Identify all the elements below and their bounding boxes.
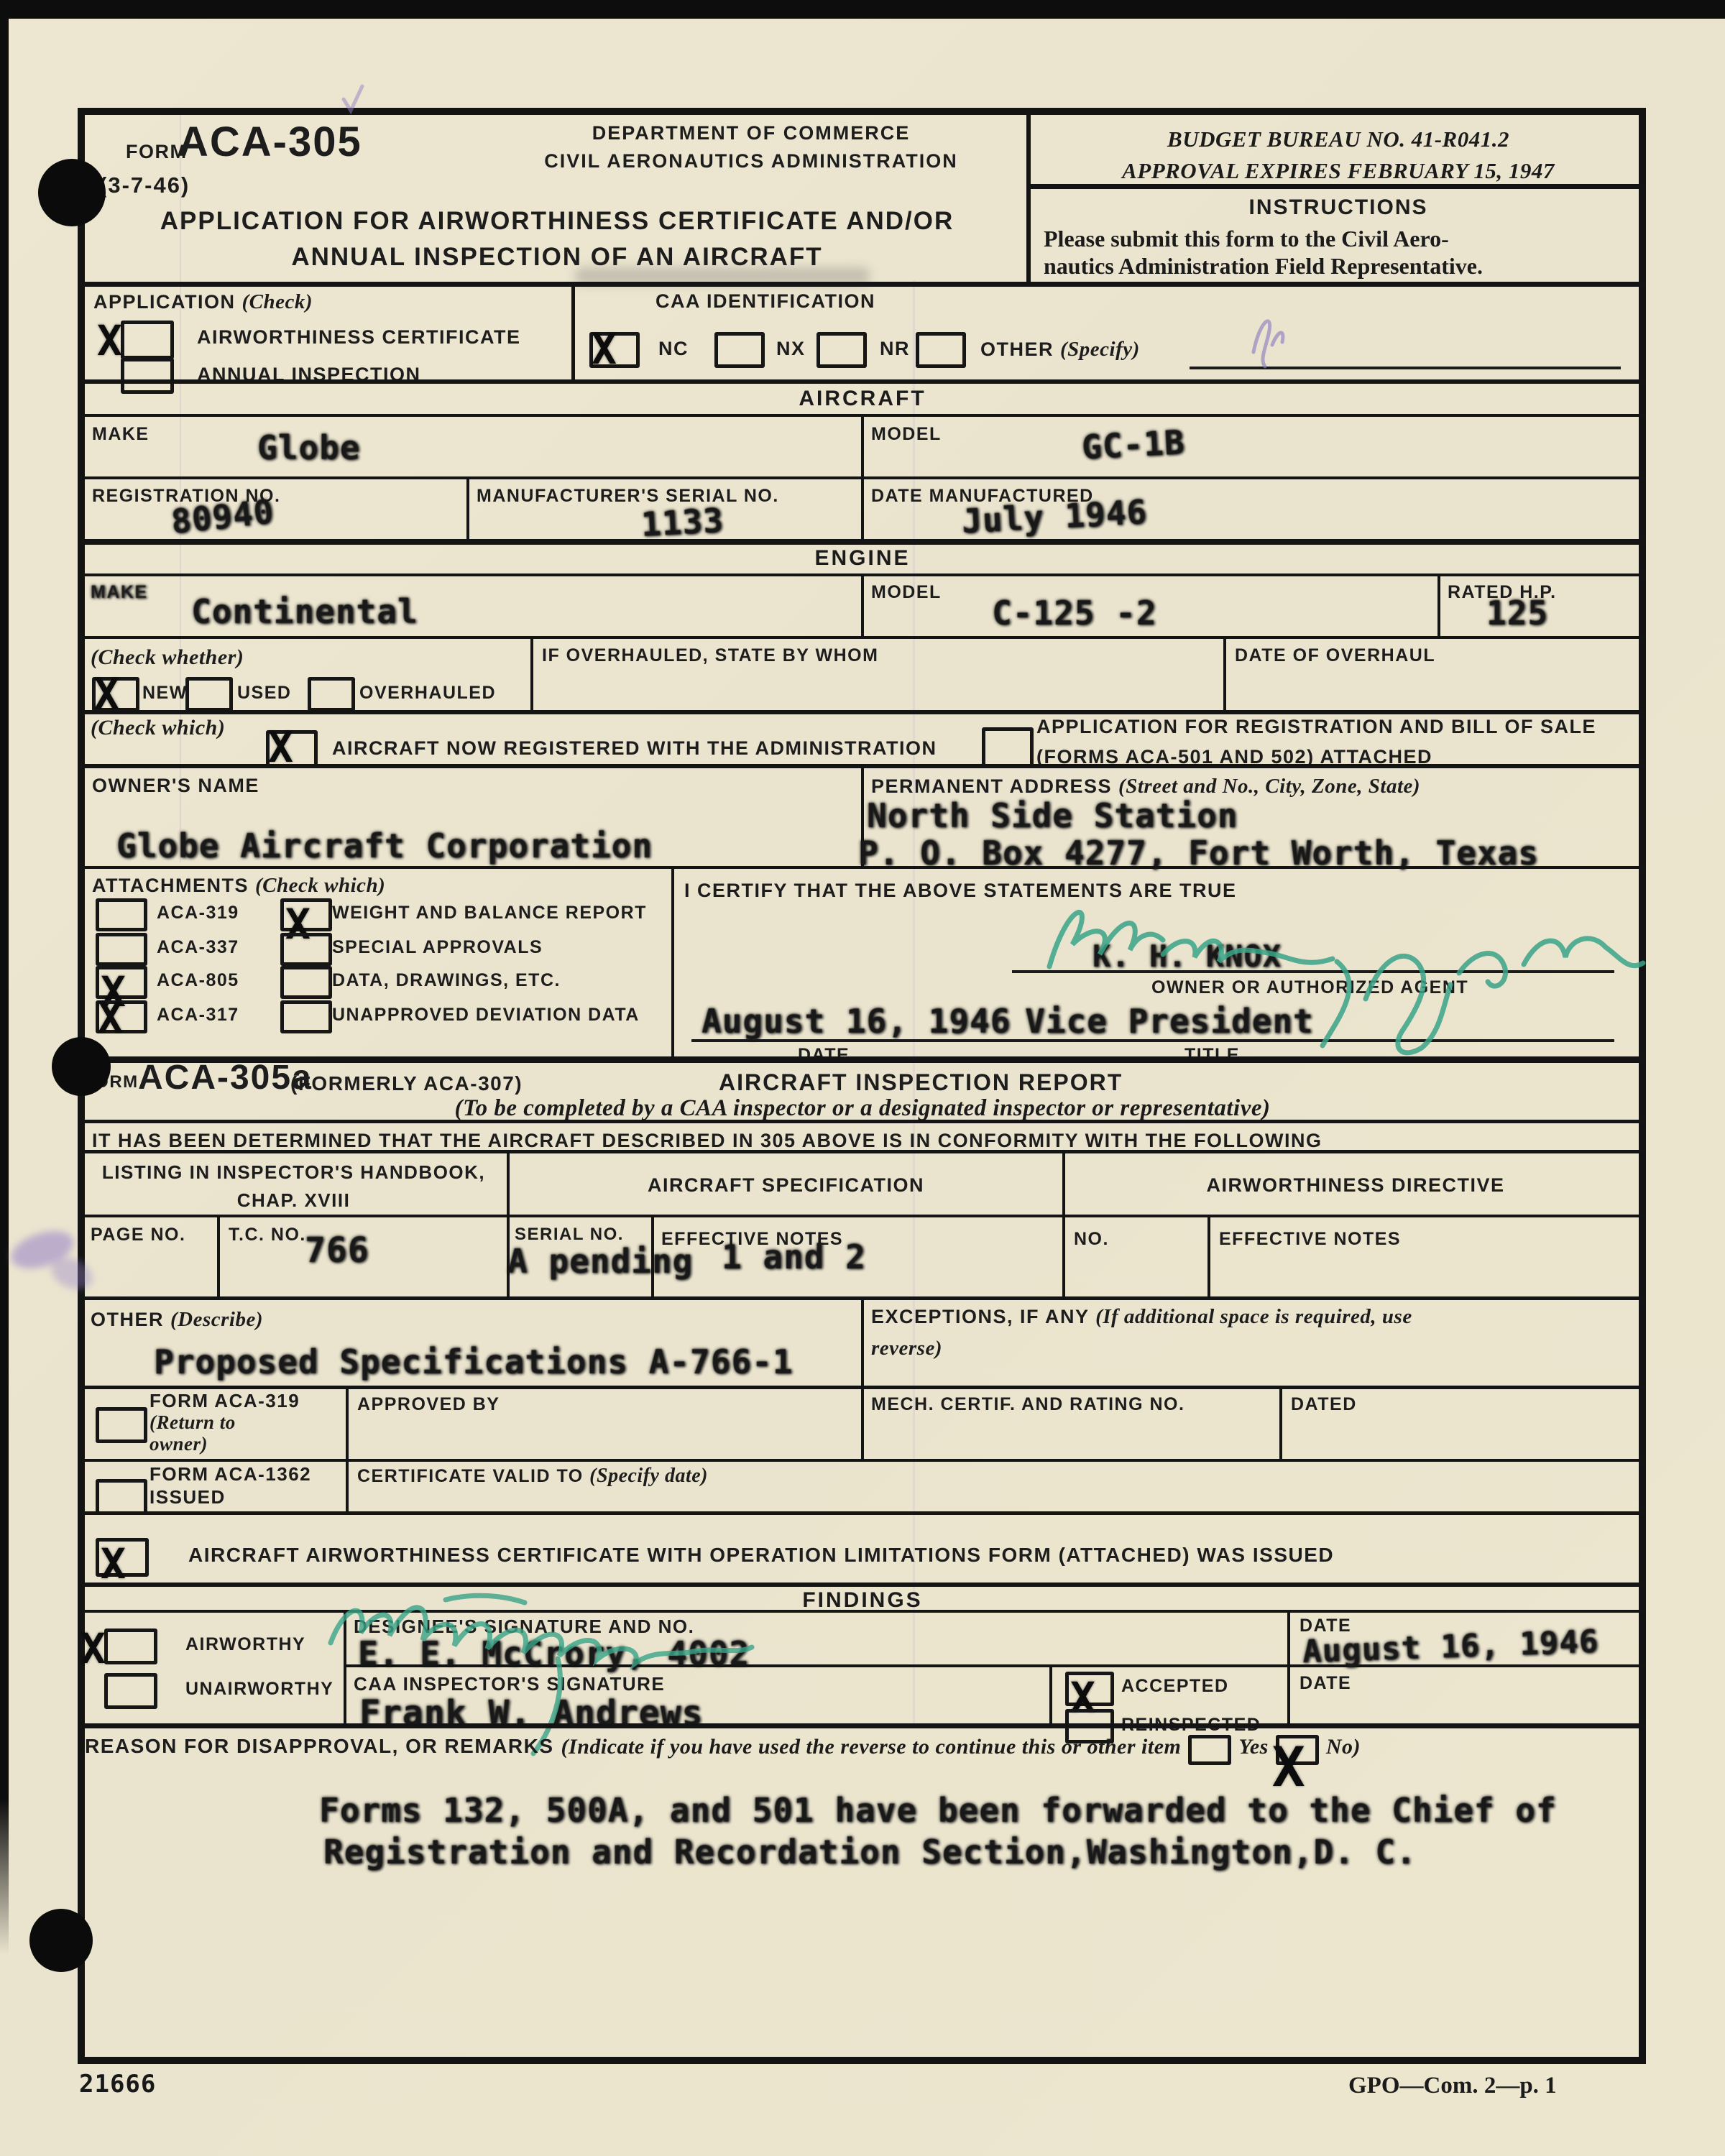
checkbox-aca-317: X	[96, 1000, 147, 1033]
divider	[861, 1386, 864, 1459]
caa-identification-label: CAA IDENTIFICATION	[655, 290, 875, 313]
owner-paren-label: owner)	[149, 1433, 208, 1455]
check-x-mark: X	[98, 997, 123, 1038]
new-label: NEW	[142, 683, 188, 704]
nc-label: NC	[658, 338, 689, 360]
aircraft-make-value: Globe	[257, 428, 360, 467]
checkbox-remarks-no: X	[1276, 1735, 1319, 1765]
divider	[80, 1610, 1646, 1613]
check-x-mark: X	[1272, 1740, 1305, 1795]
checkbox-nc: X	[589, 332, 640, 368]
checkbox-aca-319: X	[96, 898, 147, 931]
checkbox-nx: X	[714, 332, 765, 368]
reason-label-roman: REASON FOR DISAPPROVAL, OR REMARKS	[85, 1735, 554, 1758]
hole-punch-bottom	[29, 1909, 93, 1972]
form-aca-319-label: FORM ACA-319	[149, 1390, 300, 1412]
date-line	[691, 1039, 1022, 1042]
reason-label-italic: (Indicate if you have used the reverse t…	[561, 1735, 1182, 1759]
aca-805-label: ACA-805	[157, 970, 239, 991]
engine-model-label: MODEL	[871, 582, 942, 603]
certification-date-value: August 16, 1946	[701, 1002, 1011, 1041]
approved-by-label: APPROVED BY	[357, 1394, 500, 1415]
ad-effective-notes-label: EFFECTIVE NOTES	[1219, 1229, 1401, 1250]
listing-line2: CHAP. XVIII	[80, 1189, 507, 1212]
tc-no-value: 766	[305, 1230, 369, 1271]
owner-name-label: OWNER'S NAME	[92, 775, 259, 797]
other-value: Proposed Specifications A-766-1	[154, 1342, 793, 1381]
mech-certif-label: MECH. CERTIF. AND RATING NO.	[871, 1394, 1184, 1415]
remarks-line1: Forms 132, 500A, and 501 have been forwa…	[319, 1791, 1557, 1830]
nr-label: NR	[880, 338, 910, 360]
nx-label: NX	[776, 338, 806, 360]
owner-name-value: Globe Aircraft Corporation	[116, 826, 653, 865]
airworthiness-certificate-label: AIRWORTHINESS CERTIFICATE	[197, 326, 521, 349]
overhauled-by-label: IF OVERHAULED, STATE BY WHOM	[542, 645, 878, 666]
owner-address-line1: North Side Station	[867, 796, 1238, 835]
form305a-number: ACA-305a	[138, 1058, 313, 1097]
owner-signature-typed: K. H. KNOX	[1092, 939, 1282, 974]
department-line2: CIVIL AERONAUTICS ADMINISTRATION	[402, 150, 1100, 172]
divider	[1279, 1386, 1282, 1459]
checkbox-unairworthy: X	[104, 1673, 157, 1709]
aircraft-spec-header: AIRCRAFT SPECIFICATION	[510, 1174, 1062, 1197]
instructions-title: INSTRUCTIONS	[1035, 195, 1642, 220]
divider	[80, 1723, 1646, 1728]
form-title-line2: ANNUAL INSPECTION OF AN AIRCRAFT	[86, 243, 1028, 272]
instructions-heading: INSTRUCTIONS	[1249, 195, 1428, 219]
findings-date2-label: DATE	[1299, 1673, 1351, 1694]
check-x-mark: X	[97, 320, 122, 361]
aircraft-model-label: MODEL	[871, 424, 942, 445]
hole-punch-top	[38, 159, 106, 226]
effective-notes-value: 1 and 2	[722, 1238, 866, 1276]
exceptions-label: EXCEPTIONS, IF ANY (If additional space …	[871, 1305, 1412, 1329]
divider	[1026, 184, 1646, 189]
divider	[1437, 573, 1440, 636]
aca-319-label: ACA-319	[157, 903, 239, 923]
tc-no-label: T.C. NO.	[229, 1225, 306, 1245]
divider	[1207, 1215, 1210, 1296]
certify-statement: I CERTIFY THAT THE ABOVE STATEMENTS ARE …	[684, 880, 1237, 902]
divider	[671, 866, 674, 1056]
aca-317-label: ACA-317	[157, 1005, 239, 1026]
dated-label: DATED	[1291, 1394, 1357, 1415]
check-x-mark: X	[80, 1628, 106, 1669]
divider	[80, 379, 1646, 384]
reason-remarks-row: REASON FOR DISAPPROVAL, OR REMARKS (Indi…	[85, 1735, 1361, 1765]
divider	[346, 1386, 349, 1511]
listing-line1: LISTING IN INSPECTOR'S HANDBOOK,	[80, 1161, 507, 1184]
form-title-line1: APPLICATION FOR AIRWORTHINESS CERTIFICAT…	[86, 207, 1028, 236]
caa-inspector-signature-label: CAA INSPECTOR'S SIGNATURE	[354, 1673, 665, 1695]
unairworthy-label: UNAIRWORTHY	[185, 1679, 333, 1700]
divider	[1223, 636, 1226, 710]
form-aca-1362-label: FORM ACA-1362	[149, 1463, 311, 1485]
checkbox-aca-337: X	[96, 933, 147, 966]
checkbox-weight-balance: X	[280, 898, 332, 931]
checkbox-new: X	[92, 677, 139, 711]
inspection-report-title: AIRCRAFT INSPECTION REPORT	[719, 1069, 1123, 1096]
check-x-mark: X	[101, 1543, 126, 1585]
divider	[80, 1215, 1646, 1217]
special-approvals-label: SPECIAL APPROVALS	[332, 937, 543, 958]
other-describe-label: OTHER (Describe)	[91, 1308, 263, 1332]
application-label: APPLICATION (Check)	[93, 290, 313, 314]
checkbox-used: X	[185, 677, 233, 711]
inspection-subtitle: (To be completed by a CAA inspector or a…	[86, 1095, 1639, 1122]
determined-statement: IT HAS BEEN DETERMINED THAT THE AIRCRAFT…	[92, 1130, 1322, 1152]
overhauled-label: OVERHAULED	[359, 683, 496, 704]
approval-expires: APPROVAL EXPIRES FEBRUARY 15, 1947	[1035, 158, 1642, 184]
checkbox-other: X	[916, 332, 966, 368]
certification-title-value: Vice President	[1025, 1002, 1314, 1041]
aircraft-make-label: MAKE	[92, 424, 149, 445]
aircraft-registered-label: AIRCRAFT NOW REGISTERED WITH THE ADMINIS…	[332, 737, 937, 760]
yes-label: Yes	[1238, 1735, 1269, 1759]
aircraft-section-title: AIRCRAFT	[0, 387, 1725, 411]
footer-gpo: GPO—Com. 2—p. 1	[1348, 2073, 1557, 2099]
department-heading: DEPARTMENT OF COMMERCE CIVIL AERONAUTICS…	[402, 122, 1100, 172]
checkbox-special-approvals: X	[280, 933, 332, 966]
divider	[861, 573, 864, 636]
form-number: ACA-305	[178, 118, 362, 166]
divider	[80, 636, 1646, 639]
check-x-mark: X	[94, 673, 119, 715]
checkbox-airworthiness-certificate: X	[121, 321, 174, 359]
certificate-valid-to-label: CERTIFICATE VALID TO (Specify date)	[357, 1465, 708, 1488]
return-to-label: (Return to	[149, 1411, 236, 1434]
checkbox-cert-issued: X	[96, 1538, 149, 1577]
divider	[861, 476, 864, 539]
divider	[80, 539, 1646, 545]
serial-no-value: 1133	[640, 501, 724, 544]
airworthy-label: AIRWORTHY	[185, 1634, 305, 1655]
findings-section-title: FINDINGS	[0, 1588, 1725, 1613]
form-revision-date: (3-7-46)	[99, 172, 190, 198]
unapproved-deviation-label: UNAPPROVED DEVIATION DATA	[332, 1005, 640, 1026]
divider	[217, 1215, 220, 1296]
check-x-mark: X	[268, 727, 293, 768]
cert-issued-statement: AIRCRAFT AIRWORTHINESS CERTIFICATE WITH …	[188, 1544, 1334, 1567]
issued-label: ISSUED	[149, 1486, 226, 1508]
airworthiness-directive-header: AIRWORTHINESS DIRECTIVE	[1065, 1174, 1646, 1197]
department-line1: DEPARTMENT OF COMMERCE	[402, 122, 1100, 144]
application-registration-line1: APPLICATION FOR REGISTRATION AND BILL OF…	[1036, 716, 1596, 738]
divider	[466, 476, 469, 539]
aircraft-model-value: GC-1B	[1081, 423, 1186, 466]
divider	[80, 1120, 1646, 1123]
scan-edge-top	[0, 0, 1725, 19]
accepted-label: ACCEPTED	[1121, 1676, 1229, 1697]
checkbox-airworthy: X	[104, 1628, 157, 1664]
remarks-line2: Registration and Recordation Section,Was…	[323, 1833, 1417, 1871]
serial-no-label: MANUFACTURER'S SERIAL NO.	[477, 486, 779, 507]
listing-header: LISTING IN INSPECTOR'S HANDBOOK, CHAP. X…	[80, 1161, 507, 1212]
divider	[80, 710, 1646, 714]
divider	[530, 636, 533, 710]
permanent-address-label: PERMANENT ADDRESS (Street and No., City,…	[871, 775, 1420, 798]
budget-bureau-box: BUDGET BUREAU NO. 41-R041.2 APPROVAL EXP…	[1035, 126, 1642, 184]
scanned-form-page: FORM ACA-305 (3-7-46) DEPARTMENT OF COMM…	[0, 0, 1725, 2156]
hole-punch-middle	[52, 1037, 111, 1096]
checkbox-overhauled: X	[308, 677, 355, 711]
check-which-label: (Check which)	[91, 716, 225, 740]
instructions-line2: nautics Administration Field Representat…	[1044, 253, 1483, 280]
budget-bureau-no: BUDGET BUREAU NO. 41-R041.2	[1035, 126, 1642, 152]
designee-signature-value: E. E. McCrory, 4002	[358, 1634, 750, 1673]
divider	[1026, 108, 1031, 282]
checkbox-aircraft-registered: X	[266, 730, 318, 768]
checkbox-form-aca-1362: X	[96, 1479, 147, 1515]
checkbox-data-drawings: X	[280, 966, 332, 999]
rated-hp-value: 125	[1486, 594, 1548, 632]
other-specify-label: OTHER (Specify)	[980, 338, 1140, 361]
divider	[80, 1459, 1646, 1462]
checkbox-nr: X	[816, 332, 867, 368]
check-x-mark: X	[592, 328, 617, 370]
data-drawings-label: DATA, DRAWINGS, ETC.	[332, 970, 561, 991]
checkbox-accepted: X	[1065, 1672, 1114, 1706]
check-whether-label: (Check whether)	[91, 645, 244, 670]
checkbox-application-registration: X	[982, 727, 1034, 768]
checkbox-form-aca-319: X	[96, 1407, 147, 1443]
ad-no-label: NO.	[1074, 1229, 1109, 1250]
instructions-line1: Please submit this form to the Civil Aer…	[1044, 226, 1449, 252]
formerly-label: (FORMERLY ACA-307)	[290, 1072, 523, 1095]
aca-337-label: ACA-337	[157, 937, 239, 958]
divider	[861, 1296, 864, 1386]
ad-header-text: AIRWORTHINESS DIRECTIVE	[1206, 1174, 1504, 1196]
used-label: USED	[237, 683, 291, 704]
spec-header-text: AIRCRAFT SPECIFICATION	[648, 1174, 924, 1196]
divider	[1062, 1150, 1065, 1296]
engine-make-value: Continental	[191, 592, 418, 631]
scan-edge-left	[0, 0, 9, 1955]
checkbox-unapproved-deviation: X	[280, 1000, 332, 1033]
divider	[80, 282, 1646, 287]
checkbox-remarks-yes: X	[1188, 1735, 1231, 1765]
exceptions-label-line2: reverse)	[871, 1337, 942, 1360]
divider	[861, 414, 864, 476]
attachments-label: ATTACHMENTS (Check which)	[92, 874, 385, 898]
title-line	[1012, 1039, 1614, 1042]
no-label: No)	[1326, 1735, 1361, 1759]
other-specify-line	[1190, 367, 1621, 369]
engine-model-value: C-125 -2	[992, 594, 1157, 632]
divider	[1049, 1664, 1052, 1723]
divider	[571, 282, 575, 381]
divider	[80, 1056, 1646, 1063]
footer-job-number: 21666	[79, 2070, 156, 2099]
date-of-overhaul-label: DATE OF OVERHAUL	[1235, 645, 1435, 666]
page-no-label: PAGE NO.	[91, 1225, 185, 1245]
divider	[80, 1150, 1646, 1153]
engine-section-title: ENGINE	[0, 546, 1725, 571]
owner-agent-label: OWNER OR AUTHORIZED AGENT	[1151, 977, 1468, 998]
divider	[80, 866, 1646, 869]
engine-make-label: MAKE	[91, 582, 148, 603]
form-title: APPLICATION FOR AIRWORTHINESS CERTIFICAT…	[86, 207, 1028, 272]
weight-balance-label: WEIGHT AND BALANCE REPORT	[332, 903, 647, 923]
divider	[80, 1583, 1646, 1587]
divider	[80, 1511, 1646, 1515]
